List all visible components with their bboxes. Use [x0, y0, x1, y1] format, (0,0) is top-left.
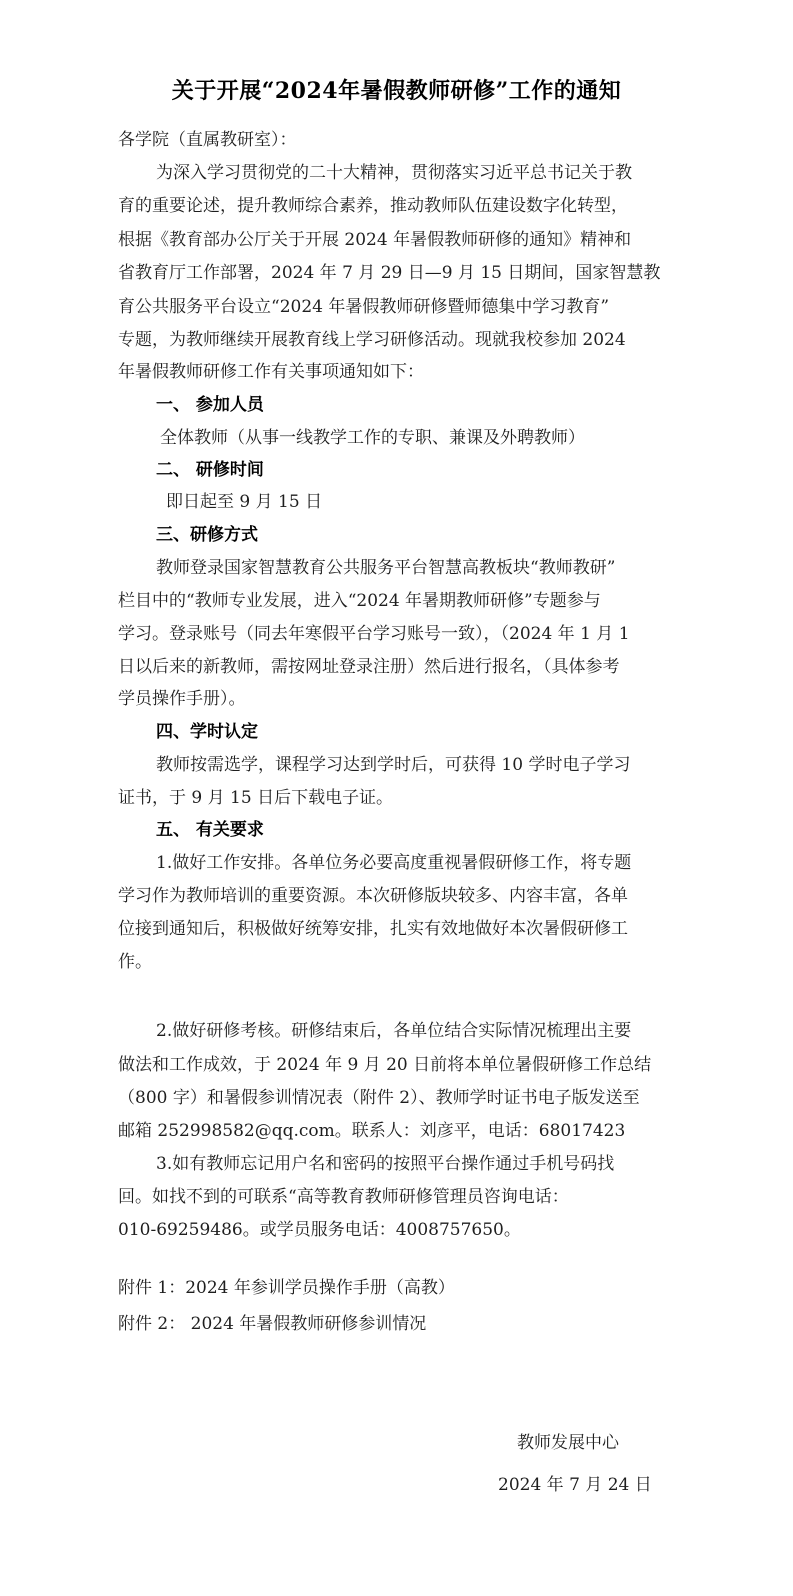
section-text: 栏目中的“教师专业发展，进入“2024 年暑期教师研修”专题参与 — [118, 589, 601, 613]
section-text: 证书，于 9 月 15 日后下载电子证。 — [118, 786, 393, 810]
section-text: 学员操作手册）。 — [118, 687, 246, 711]
intro-line: 育的重要论述，提升教师综合素养，推动教师队伍建设数字化转型， — [118, 194, 628, 218]
section-text: 教师登录国家智慧教育公共服务平台智慧高教板块“教师教研” — [156, 556, 615, 580]
section-heading-requirements: 五、 有关要求 — [156, 818, 264, 842]
intro-line: 为深入学习贯彻党的二十大精神，贯彻落实习近平总书记关于教 — [156, 161, 632, 185]
signature-organization: 教师发展中心 — [517, 1428, 619, 1453]
section-text: 全体教师（从事一线教学工作的专职、兼课及外聘教师） — [160, 426, 585, 450]
section-heading-method: 三、研修方式 — [156, 523, 258, 547]
requirement-text: 作。 — [118, 950, 152, 974]
section-text: 教师按需选学，课程学习达到学时后，可获得 10 学时电子学习 — [156, 753, 630, 777]
attachment-1: 附件 1：2024 年参训学员操作手册（高教） — [118, 1276, 455, 1300]
requirement-text: 1.做好工作安排。各单位务必要高度重视暑假研修工作，将专题 — [156, 851, 631, 875]
requirement-text: （800 字）和暑假参训情况表（附件 2）、教师学时证书电子版发送至 — [118, 1086, 640, 1110]
section-text: 学习。登录账号（同去年寒假平台学习账号一致），（2024 年 1 月 1 — [118, 622, 630, 646]
requirement-phone: 010-69259486。或学员服务电话：4008757650。 — [118, 1218, 521, 1242]
intro-line: 根据《教育部办公厅关于开展 2024 年暑假教师研修的通知》精神和 — [118, 228, 631, 252]
requirement-text: 2.做好研修考核。研修结束后，各单位结合实际情况梳理出主要 — [156, 1019, 631, 1043]
intro-line: 省教育厅工作部署，2024 年 7 月 29 日—9 月 15 日期间，国家智慧… — [118, 261, 660, 285]
intro-line: 年暑假教师研修工作有关事项通知如下： — [118, 360, 424, 384]
requirement-text: 学习作为教师培训的重要资源。本次研修版块较多、内容丰富，各单 — [118, 884, 628, 908]
intro-line: 育公共服务平台设立“2024 年暑假教师研修暨师德集中学习教育” — [118, 295, 609, 319]
section-heading-participants: 一、 参加人员 — [156, 393, 264, 417]
requirement-contact: 邮箱 252998582@qq.com。联系人：刘彦平，电话：68017423 — [118, 1119, 625, 1143]
requirement-text: 回。如找不到的可联系“高等教育教师研修管理员咨询电话： — [118, 1185, 569, 1209]
attachment-2: 附件 2： 2024 年暑假教师研修参训情况 — [118, 1312, 426, 1336]
signature-date: 2024 年 7 月 24 日 — [498, 1470, 652, 1495]
section-text: 日以后来的新教师，需按网址登录注册）然后进行报名，（具体参考 — [118, 655, 620, 679]
section-heading-time: 二、 研修时间 — [156, 458, 264, 482]
requirement-text: 位接到通知后，积极做好统筹安排，扎实有效地做好本次暑假研修工 — [118, 917, 628, 941]
requirement-text: 3.如有教师忘记用户名和密码的按照平台操作通过手机号码找 — [156, 1152, 614, 1176]
section-text: 即日起至 9 月 15 日 — [166, 490, 322, 514]
requirement-text: 做法和工作成效，于 2024 年 9 月 20 日前将本单位暑假研修工作总结 — [118, 1053, 651, 1077]
document-title: 关于开展“2024年暑假教师研修”工作的通知 — [0, 74, 793, 105]
section-heading-hours: 四、学时认定 — [156, 720, 258, 744]
intro-line: 专题，为教师继续开展教育线上学习研修活动。现就我校参加 2024 — [118, 328, 626, 352]
notice-document: 关于开展“2024年暑假教师研修”工作的通知 各学院（直属教研室）： 为深入学习… — [0, 0, 793, 1596]
salutation: 各学院（直属教研室）： — [118, 128, 297, 152]
